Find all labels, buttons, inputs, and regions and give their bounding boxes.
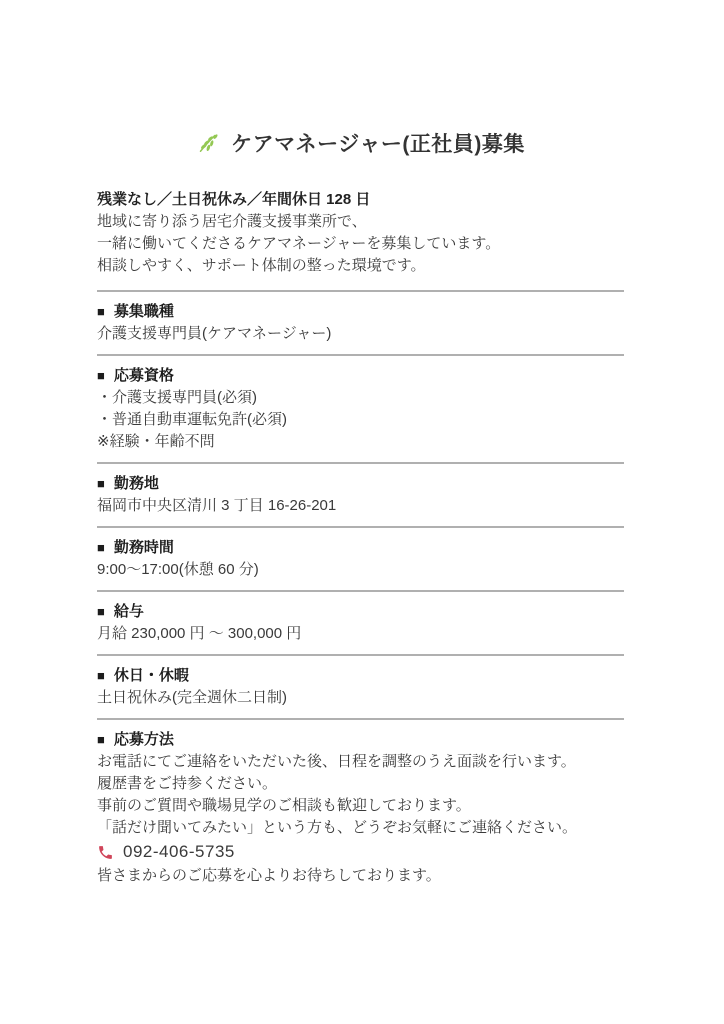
square-bullet-icon: ■ — [97, 365, 105, 387]
phone-row: 092-406-5735 — [97, 840, 624, 864]
leaf-icon — [196, 131, 220, 155]
section-line: 土日祝休み(完全週休二日制) — [97, 687, 624, 709]
square-bullet-icon: ■ — [97, 665, 105, 687]
section-job-type: ■ 募集職種 介護支援専門員(ケアマネージャー) — [97, 290, 624, 354]
section-heading-label: 給与 — [114, 601, 144, 623]
section-heading-label: 応募方法 — [114, 729, 174, 751]
square-bullet-icon: ■ — [97, 601, 105, 623]
square-bullet-icon: ■ — [97, 301, 105, 323]
section-how-to-apply: ■ 応募方法 お電話にてご連絡をいただいた後、日程を調整のうえ面談を行います。 … — [97, 718, 624, 896]
square-bullet-icon: ■ — [97, 473, 105, 495]
section-line: 「話だけ聞いてみたい」という方も、どうぞお気軽にご連絡ください。 — [97, 817, 624, 839]
section-location: ■ 勤務地 福岡市中央区清川 3 丁目 16-26-201 — [97, 462, 624, 526]
section-qualifications: ■ 応募資格 ・介護支援専門員(必須) ・普通自動車運転免許(必須) ※経験・年… — [97, 354, 624, 462]
job-posting-page: ケアマネージャー(正社員)募集 残業なし／土日祝休み／年間休日 128 日 地域… — [0, 0, 724, 1024]
document-content: ケアマネージャー(正社員)募集 残業なし／土日祝休み／年間休日 128 日 地域… — [0, 0, 724, 896]
intro-line: 地域に寄り添う居宅介護支援事業所で、 — [97, 211, 624, 233]
phone-number: 092-406-5735 — [123, 842, 235, 862]
intro-line: 一緒に働いてくださるケアマネージャーを募集しています。 — [97, 233, 624, 255]
section-line: 月給 230,000 円 ～ 300,000 円 — [97, 623, 624, 645]
section-heading: ■ 勤務時間 — [97, 537, 624, 559]
section-heading: ■ 応募資格 — [97, 365, 624, 387]
intro-block: 残業なし／土日祝休み／年間休日 128 日 地域に寄り添う居宅介護支援事業所で、… — [97, 189, 624, 277]
square-bullet-icon: ■ — [97, 729, 105, 751]
section-heading-label: 勤務時間 — [114, 537, 174, 559]
page-title: ケアマネージャー(正社員)募集 — [231, 128, 525, 158]
section-heading: ■ 応募方法 — [97, 729, 624, 751]
section-heading: ■ 休日・休暇 — [97, 665, 624, 687]
section-line: ・普通自動車運転免許(必須) — [97, 409, 624, 431]
closing-line: 皆さまからのご応募を心よりお待ちしております。 — [97, 865, 624, 887]
section-heading: ■ 募集職種 — [97, 301, 624, 323]
section-hours: ■ 勤務時間 9:00～17:00(休憩 60 分) — [97, 526, 624, 590]
section-line: 福岡市中央区清川 3 丁目 16-26-201 — [97, 495, 624, 517]
section-heading: ■ 給与 — [97, 601, 624, 623]
section-salary: ■ 給与 月給 230,000 円 ～ 300,000 円 — [97, 590, 624, 654]
section-heading: ■ 勤務地 — [97, 473, 624, 495]
section-heading-label: 勤務地 — [114, 473, 159, 495]
title-row: ケアマネージャー(正社員)募集 — [97, 128, 624, 158]
section-line: 9:00～17:00(休憩 60 分) — [97, 559, 624, 581]
phone-icon — [97, 844, 114, 861]
section-holidays: ■ 休日・休暇 土日祝休み(完全週休二日制) — [97, 654, 624, 718]
section-heading-label: 休日・休暇 — [114, 665, 189, 687]
section-line: ※経験・年齢不問 — [97, 431, 624, 453]
intro-headline: 残業なし／土日祝休み／年間休日 128 日 — [97, 189, 624, 211]
section-line: 事前のご質問や職場見学のご相談も歓迎しております。 — [97, 795, 624, 817]
section-heading-label: 募集職種 — [114, 301, 174, 323]
square-bullet-icon: ■ — [97, 537, 105, 559]
section-line: 介護支援専門員(ケアマネージャー) — [97, 323, 624, 345]
intro-line: 相談しやすく、サポート体制の整った環境です。 — [97, 255, 624, 277]
section-line: 履歴書をご持参ください。 — [97, 773, 624, 795]
section-line: お電話にてご連絡をいただいた後、日程を調整のうえ面談を行います。 — [97, 751, 624, 773]
section-line: ・介護支援専門員(必須) — [97, 387, 624, 409]
section-heading-label: 応募資格 — [114, 365, 174, 387]
